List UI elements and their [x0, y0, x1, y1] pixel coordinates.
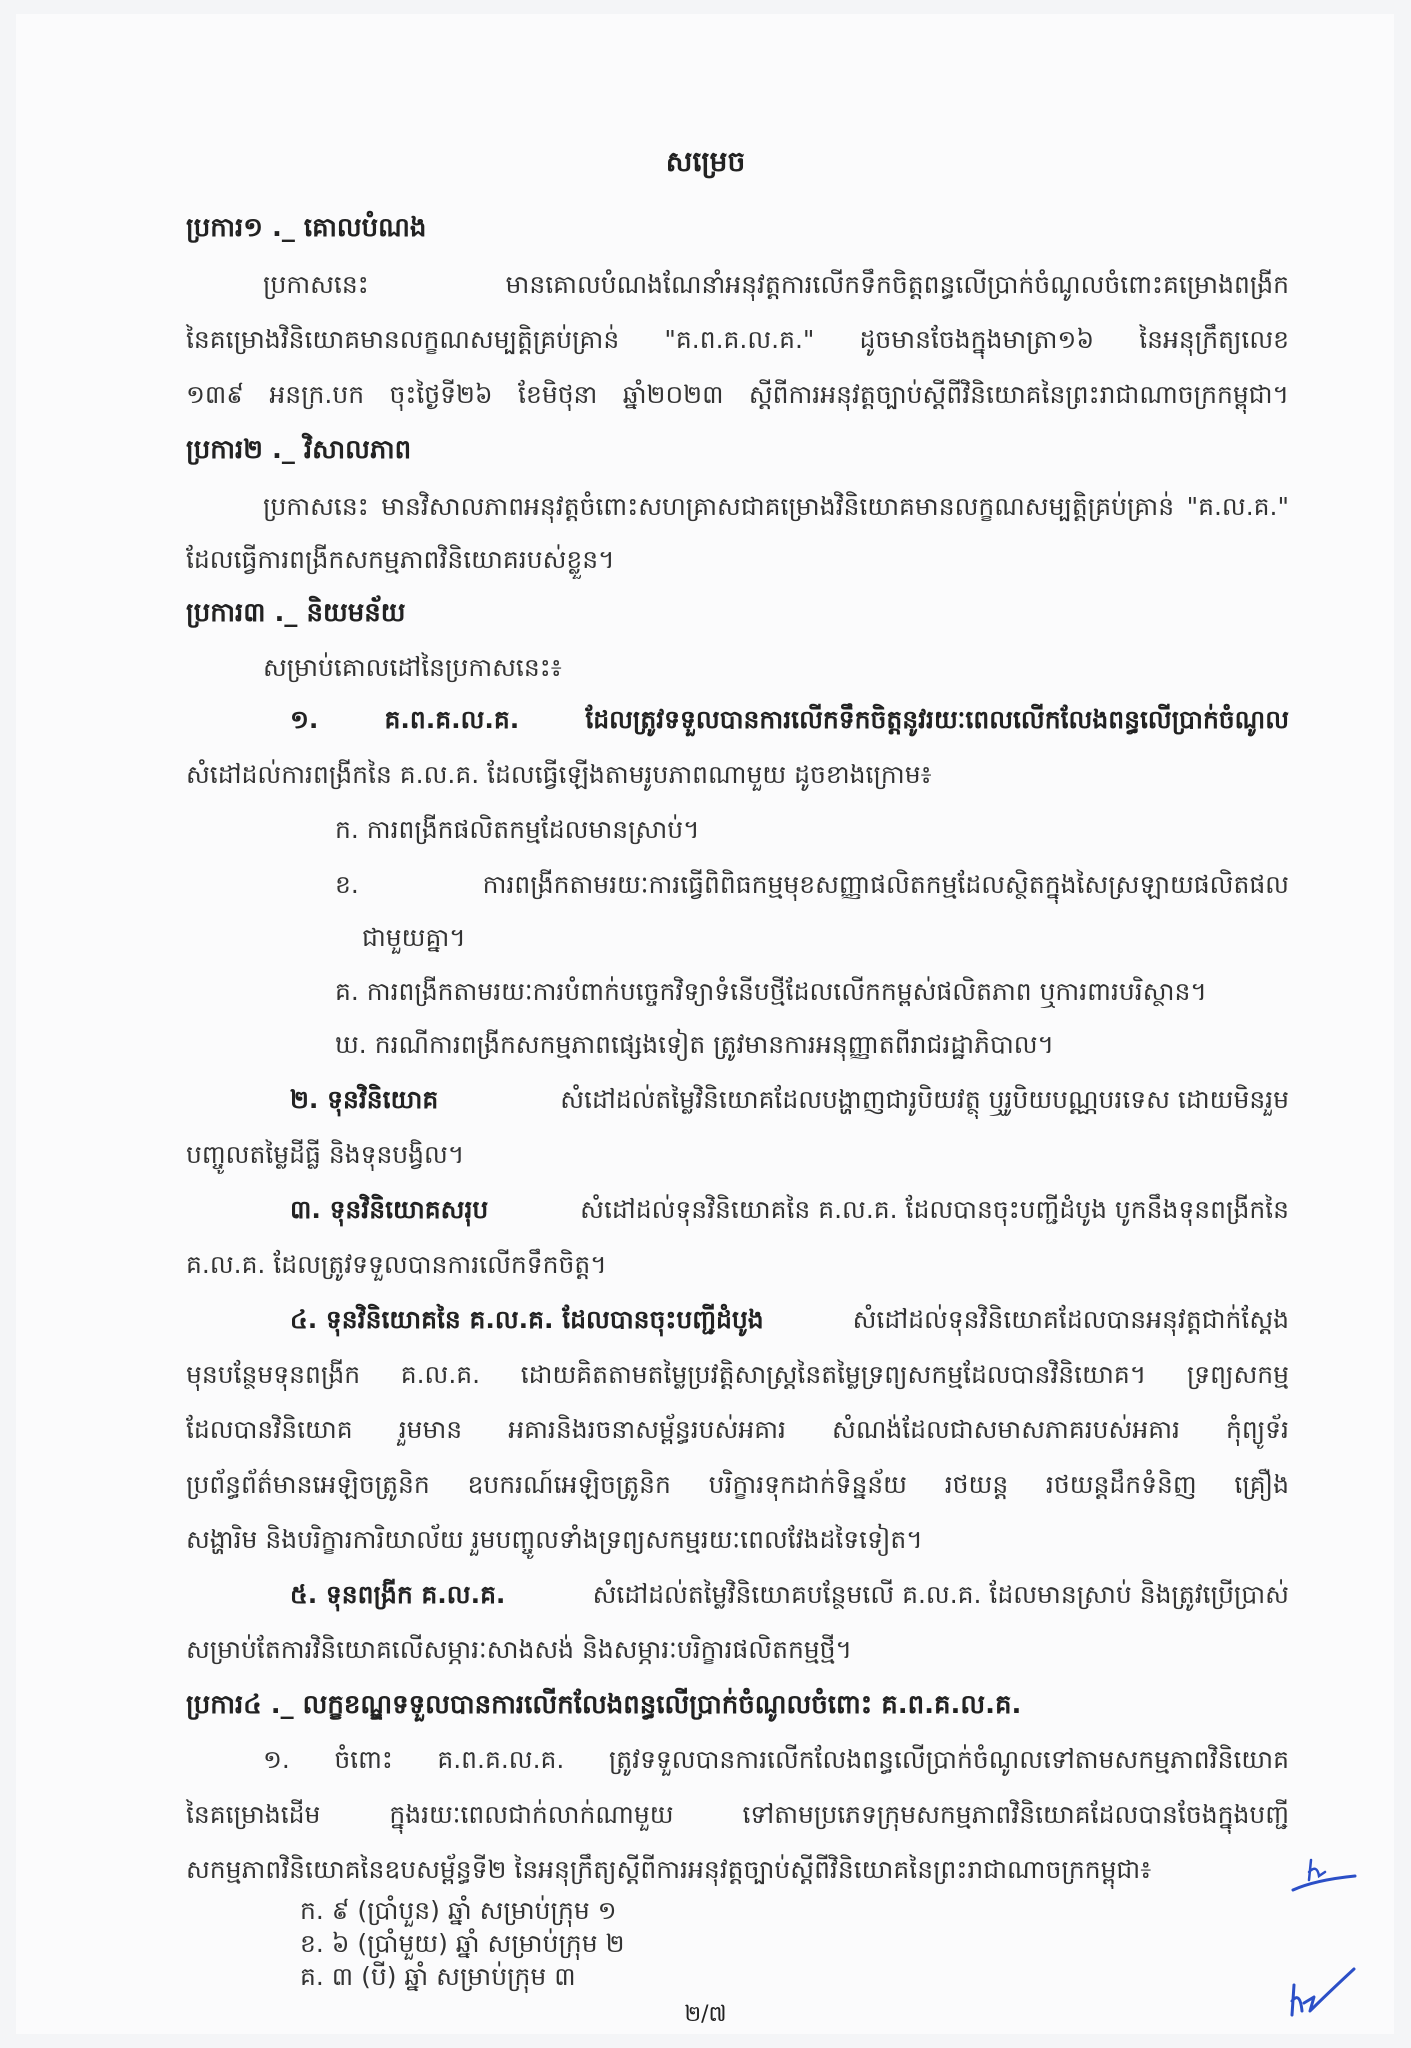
definition-4-line-4: ប្រព័ន្ធព័ត៌មានអេឡិចត្រូនិក ឧបករណ៍អេឡិចត… [186, 1465, 1289, 1505]
article-4-line-1: ១. ចំពោះ គ.ព.គ.ល.គ. ត្រូវទទួលបានការលើកលែ… [263, 1740, 1289, 1780]
definition-4-term: ៤. ទុនវិនិយោគនៃ គ.ល.គ. ដែលបានចុះបញ្ជីដំប… [290, 1300, 764, 1340]
article-2-line-2: ដែលធ្វើការពង្រីកសកម្មភាពវិនិយោគរបស់ខ្លួន… [186, 540, 615, 580]
article-3-heading: ប្រការ៣ ._ និយមន័យ [186, 593, 405, 633]
definition-5-line-1: ៥. ទុនពង្រីក គ.ល.គ. សំដៅដល់តម្លៃវិនិយោគប… [290, 1575, 1289, 1615]
definition-1-term: ១. គ.ព.គ.ល.គ. ដែលត្រូវទទួលបានការលើកទឹកចិ… [290, 700, 1289, 740]
article-4-heading: ប្រការ៤ ._ លក្ខខណ្ឌទទួលបានការលើកលែងពន្ធល… [186, 1685, 1021, 1725]
definition-5-text: សំដៅដល់តម្លៃវិនិយោគបន្ថែមលើ គ.ល.គ. ដែលមា… [593, 1575, 1289, 1615]
article-2-line-1: ប្រកាសនេះ មានវិសាលភាពអនុវត្តចំពោះសហគ្រាស… [263, 487, 1289, 527]
article-4-line-3: សកម្មភាពវិនិយោគនៃឧបសម្ព័ន្ធទី២ នៃអនុក្រឹ… [186, 1850, 1151, 1890]
article-4-item-a: ក. ៩ (ប្រាំបួន) ឆ្នាំ សម្រាប់ក្រុម ១ [300, 1895, 617, 1927]
definition-5-line-2: សម្រាប់តែការវិនិយោគលើសម្ភារៈសាងសង់ និងសម… [186, 1630, 852, 1670]
article-1-line-2: នៃគម្រោងវិនិយោគមានលក្ខណសម្បត្តិគ្រប់គ្រា… [186, 320, 1289, 360]
definition-4-text: សំដៅដល់ទុនវិនិយោគដែលបានអនុវត្តជាក់ស្តែង [853, 1300, 1289, 1340]
definition-3-term: ៣. ទុនវិនិយោគសរុប [290, 1190, 488, 1230]
definition-2-line-1: ២. ទុនវិនិយោគ សំដៅដល់តម្លៃវិនិយោគដែលបង្ហ… [290, 1080, 1289, 1120]
handwritten-signature-icon [1280, 1955, 1370, 2025]
definition-3-line-2: គ.ល.គ. ដែលត្រូវទទួលបានការលើកទឹកចិត្ត។ [186, 1245, 607, 1285]
definition-2-text: សំដៅដល់តម្លៃវិនិយោគដែលបង្ហាញជារូបិយវត្ថុ… [560, 1080, 1289, 1120]
definition-5-term: ៥. ទុនពង្រីក គ.ល.គ. [290, 1575, 505, 1615]
definition-4-line-1: ៤. ទុនវិនិយោគនៃ គ.ល.គ. ដែលបានចុះបញ្ជីដំប… [290, 1300, 1289, 1340]
article-4-item-b: ខ. ៦ (ប្រាំមួយ) ឆ្នាំ សម្រាប់ក្រុម ២ [300, 1928, 625, 1960]
definition-3-text: សំដៅដល់ទុនវិនិយោគនៃ គ.ល.គ. ដែលបានចុះបញ្ជ… [580, 1190, 1289, 1230]
article-1-heading: ប្រការ១ ._ គោលបំណង [186, 208, 426, 248]
definition-1-line: សំដៅដល់ការពង្រីកនៃ គ.ល.គ. ដែលធ្វើឡើងតាមរ… [186, 755, 932, 795]
page-number: ២/៧ [0, 2000, 1411, 2032]
article-2-heading: ប្រការ២ ._ វិសាលភាព [186, 430, 411, 470]
definition-4-line-2: មុនបន្ថែមទុនពង្រីក គ.ល.គ. ដោយគិតតាមតម្លៃ… [186, 1355, 1289, 1395]
article-3-intro: សម្រាប់គោលដៅនៃប្រកាសនេះ៖ [263, 648, 562, 688]
definition-2-line-2: បញ្ចូលតម្លៃដីធ្លី និងទុនបង្វិល។ [186, 1135, 464, 1175]
scanned-page [16, 14, 1394, 2034]
definition-4-line-3: ដែលបានវិនិយោគ រួមមាន អគារនិងរចនាសម្ព័ន្ធ… [186, 1410, 1289, 1450]
article-1-line-1: ប្រកាសនេះ មានគោលបំណងណែនាំអនុវត្តការលើកទឹ… [263, 265, 1289, 305]
definition-1-item-c: គ. ការពង្រីកតាមរយៈការបំពាក់បច្ចេកវិទ្យាទ… [335, 972, 1207, 1012]
document-title: សម្រេច [0, 144, 1411, 185]
article-4-line-2: នៃគម្រោងដើម ក្នុងរយៈពេលជាក់លាក់ណាមួយ ទៅត… [186, 1795, 1289, 1835]
article-1-line-3: ១៣៩ អនក្រ.បក ចុះថ្ងៃទី២៦ ខែមិថុនា ឆ្នាំ២… [186, 375, 1289, 415]
definition-4-line-5: សង្ហារិម និងបរិក្ខារការិយាល័យ រួមបញ្ចូលទ… [186, 1520, 923, 1560]
definition-1-item-a: ក. ការពង្រីកផលិតកម្មដែលមានស្រាប់។ [335, 810, 700, 850]
definition-1-item-b-cont: ជាមួយគ្នា។ [362, 918, 466, 958]
definition-1-item-d: ឃ. ករណីការពង្រីកសកម្មភាពផ្សេងទៀត ត្រូវមា… [335, 1025, 1054, 1065]
article-4-item-c: គ. ៣ (បី) ឆ្នាំ សម្រាប់ក្រុម ៣ [300, 1961, 576, 1993]
definition-3-line-1: ៣. ទុនវិនិយោគសរុប សំដៅដល់ទុនវិនិយោគនៃ គ.… [290, 1190, 1289, 1230]
definition-1-item-b: ខ. ការពង្រីកតាមរយៈការធ្វើពិពិធកម្មមុខសញ្… [335, 865, 1289, 905]
definition-2-term: ២. ទុនវិនិយោគ [290, 1080, 438, 1120]
handwritten-initial-icon [1285, 1850, 1365, 1900]
